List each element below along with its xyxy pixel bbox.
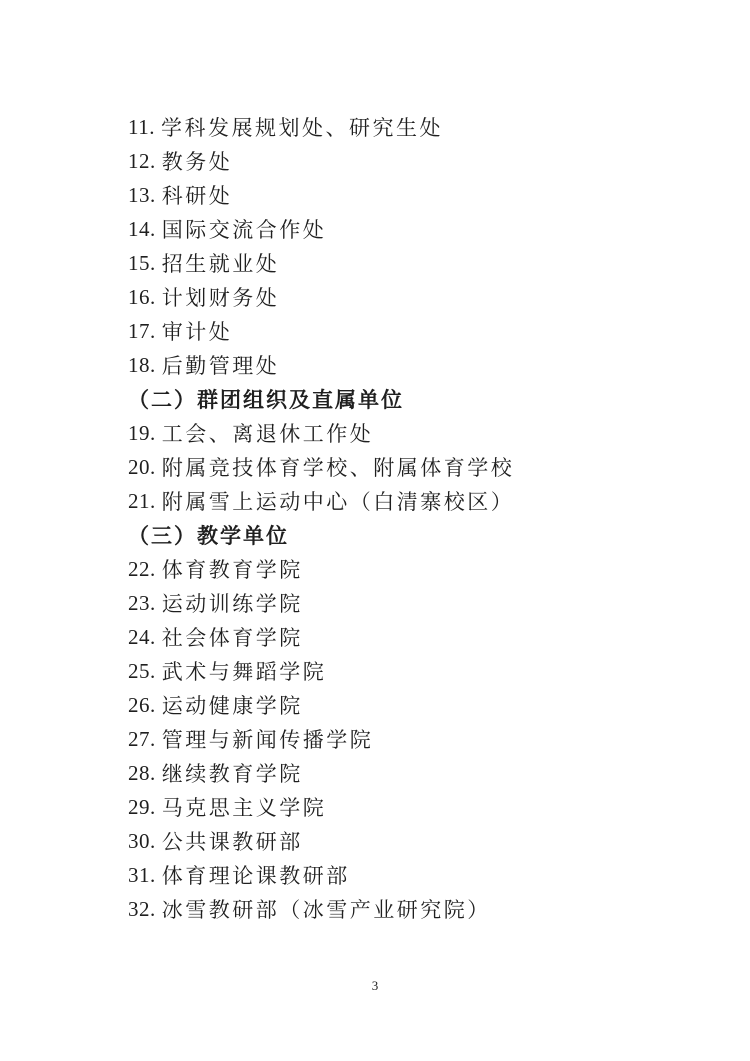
item-label: 冰雪教研部（冰雪产业研究院） — [162, 894, 491, 924]
item-number: 31. — [128, 863, 156, 888]
org-list-item: 13. 科研处 — [128, 178, 690, 212]
item-number: 23. — [128, 591, 156, 616]
org-list-item: 27. 管理与新闻传播学院 — [128, 722, 690, 756]
item-number: 21. — [128, 489, 156, 514]
item-number: 29. — [128, 795, 156, 820]
item-number: 30. — [128, 829, 156, 854]
item-number: 15. — [128, 251, 156, 276]
org-list-item: 20. 附属竞技体育学校、附属体育学校 — [128, 450, 690, 484]
org-list-item: 31. 体育理论课教研部 — [128, 858, 690, 892]
item-label: 后勤管理处 — [162, 350, 280, 380]
item-number: 19. — [128, 421, 156, 446]
item-label: 继续教育学院 — [162, 758, 303, 788]
section-heading-label: （三）教学单位 — [128, 520, 289, 550]
org-list-item: 15. 招生就业处 — [128, 246, 690, 280]
org-list-item: 32. 冰雪教研部（冰雪产业研究院） — [128, 892, 690, 926]
item-label: 武术与舞蹈学院 — [162, 656, 327, 686]
item-label: 公共课教研部 — [162, 826, 303, 856]
item-number: 11. — [128, 115, 155, 140]
item-number: 14. — [128, 217, 156, 242]
org-list-item: 21. 附属雪上运动中心（白清寨校区） — [128, 484, 690, 518]
item-number: 18. — [128, 353, 156, 378]
item-label: 社会体育学院 — [162, 622, 303, 652]
org-list-item: 18. 后勤管理处 — [128, 348, 690, 382]
item-label: 国际交流合作处 — [162, 214, 327, 244]
item-number: 25. — [128, 659, 156, 684]
item-label: 学科发展规划处、研究生处 — [161, 112, 443, 142]
item-label: 工会、离退休工作处 — [162, 418, 374, 448]
item-label: 管理与新闻传播学院 — [162, 724, 374, 754]
section-heading: （二）群团组织及直属单位 — [128, 382, 690, 416]
item-label: 审计处 — [162, 316, 233, 346]
item-label: 体育理论课教研部 — [162, 860, 350, 890]
item-number: 16. — [128, 285, 156, 310]
org-list-item: 30. 公共课教研部 — [128, 824, 690, 858]
item-label: 附属雪上运动中心（白清寨校区） — [162, 486, 515, 516]
org-list-item: 17. 审计处 — [128, 314, 690, 348]
item-label: 运动健康学院 — [162, 690, 303, 720]
item-number: 13. — [128, 183, 156, 208]
org-list-item: 24. 社会体育学院 — [128, 620, 690, 654]
org-list-item: 16. 计划财务处 — [128, 280, 690, 314]
item-number: 24. — [128, 625, 156, 650]
section-heading: （三）教学单位 — [128, 518, 690, 552]
item-number: 26. — [128, 693, 156, 718]
section-heading-label: （二）群团组织及直属单位 — [128, 384, 404, 414]
item-label: 计划财务处 — [162, 282, 280, 312]
org-list-item: 23. 运动训练学院 — [128, 586, 690, 620]
item-label: 体育教育学院 — [162, 554, 303, 584]
org-list-item: 22. 体育教育学院 — [128, 552, 690, 586]
document-page: 11. 学科发展规划处、研究生处 12. 教务处 13. 科研处 14. 国际交… — [0, 0, 750, 1061]
org-list-item: 11. 学科发展规划处、研究生处 — [128, 110, 690, 144]
org-list-item: 25. 武术与舞蹈学院 — [128, 654, 690, 688]
item-number: 32. — [128, 897, 156, 922]
page-number: 3 — [0, 978, 750, 994]
item-number: 20. — [128, 455, 156, 480]
item-number: 28. — [128, 761, 156, 786]
item-number: 17. — [128, 319, 156, 344]
item-label: 科研处 — [162, 180, 233, 210]
item-number: 22. — [128, 557, 156, 582]
document-body: 11. 学科发展规划处、研究生处 12. 教务处 13. 科研处 14. 国际交… — [128, 110, 690, 926]
item-label: 教务处 — [162, 146, 233, 176]
item-number: 12. — [128, 149, 156, 174]
item-label: 招生就业处 — [162, 248, 280, 278]
item-label: 运动训练学院 — [162, 588, 303, 618]
item-number: 27. — [128, 727, 156, 752]
org-list-item: 12. 教务处 — [128, 144, 690, 178]
item-label: 附属竞技体育学校、附属体育学校 — [162, 452, 515, 482]
item-label: 马克思主义学院 — [162, 792, 327, 822]
org-list-item: 26. 运动健康学院 — [128, 688, 690, 722]
org-list-item: 19. 工会、离退休工作处 — [128, 416, 690, 450]
org-list-item: 28. 继续教育学院 — [128, 756, 690, 790]
org-list-item: 29. 马克思主义学院 — [128, 790, 690, 824]
org-list-item: 14. 国际交流合作处 — [128, 212, 690, 246]
